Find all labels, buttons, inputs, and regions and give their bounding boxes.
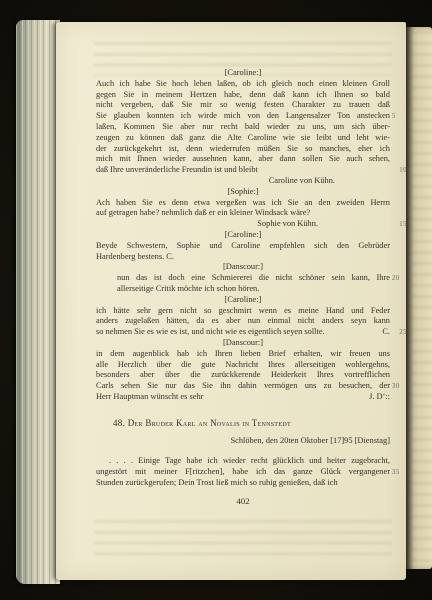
speaker-heading: [Danscour:] bbox=[96, 338, 390, 349]
signature-line: Caroline von Kühn. bbox=[96, 176, 390, 187]
margin-line-number: 15 bbox=[392, 220, 407, 229]
book-scan: [Caroline:]Auch ich habe Sie hoch leben … bbox=[0, 0, 432, 600]
speaker-heading: [Caroline:] bbox=[96, 68, 390, 79]
text-line: allerseitige Critik möchte ich schon hör… bbox=[96, 284, 390, 295]
text-line: in dem augenblick hab ich Ihren lieben B… bbox=[96, 349, 390, 360]
speaker-heading: [Caroline:] bbox=[96, 230, 390, 241]
text-line-right: J. D’:: bbox=[369, 392, 390, 403]
text-line: Hardenberg bestens. C. bbox=[96, 252, 390, 263]
text-line: ungestört mit meiner F[ritzchen], habe i… bbox=[96, 467, 390, 478]
signature-line: Sophie von Kühn.15 bbox=[96, 219, 390, 230]
text-line: alle Herzlich über die gute Nachricht Ih… bbox=[96, 360, 390, 371]
margin-line-number: 20 bbox=[392, 274, 407, 283]
speaker-heading: [Danscour:] bbox=[96, 262, 390, 273]
text-line: Auch ich habe Sie hoch leben laßen, ob i… bbox=[96, 79, 390, 90]
text-line-right: C. bbox=[382, 327, 390, 338]
text-line: anders zugelaßen hätten, da es aber nun … bbox=[96, 316, 390, 327]
text-line-left: so nehmen Sie es wie es ist, und nicht w… bbox=[96, 327, 325, 338]
margin-line-number: 25 bbox=[392, 328, 407, 337]
text-line: Carls sehen Sie nur das Sie ihn dahin ve… bbox=[96, 381, 390, 392]
text-line: . . . . Einige Tage habe ich wieder rech… bbox=[96, 456, 390, 467]
margin-line-number: 35 bbox=[392, 468, 407, 477]
text-block: [Caroline:]Auch ich habe Sie hoch leben … bbox=[96, 68, 390, 506]
lines-container: [Caroline:]Auch ich habe Sie hoch leben … bbox=[96, 68, 390, 489]
text-line: nicht vergeben, daß Sie mir so wenig fes… bbox=[96, 100, 390, 111]
text-line: laßen, Kommen Sie aber nur recht bald wi… bbox=[96, 122, 390, 133]
text-line: Herr Hauptman wünscht es sehrJ. D’:: bbox=[96, 392, 390, 403]
text-line: besonders aber über die zurückkerende He… bbox=[96, 370, 390, 381]
text-line: zeugen zu können daß ganz die Alte Carol… bbox=[96, 133, 390, 144]
text-line: mich mit Ihnen wieder aussehnen kann, ab… bbox=[96, 154, 390, 165]
text-line: Sie glauben konnten ich wirde mich von d… bbox=[96, 111, 390, 122]
margin-line-number: 30 bbox=[392, 382, 407, 391]
text-line-left: Herr Hauptman wünscht es sehr bbox=[96, 392, 203, 403]
page-number: 402 bbox=[96, 496, 390, 507]
text-line: Ach haben Sie es denn etwa vergeßen was … bbox=[96, 198, 390, 209]
speaker-heading: [Caroline:] bbox=[96, 295, 390, 306]
text-line: ich hätte sehr gern nicht so geschmirt w… bbox=[96, 306, 390, 317]
text-line: nun das ist doch eine Schmiererei die ni… bbox=[96, 273, 390, 284]
dateline: Schlöben, den 20ten Oktober [17]95 [Dien… bbox=[96, 436, 390, 447]
margin-line-number: 10 bbox=[392, 166, 407, 175]
next-page-edge bbox=[405, 27, 432, 569]
text-line: daß Ihre unveränderliche Freundin ist un… bbox=[96, 165, 390, 176]
text-line: auf getragen habe? nehmlich daß er ein k… bbox=[96, 208, 390, 219]
page-showthrough bbox=[94, 520, 392, 562]
text-line: der zurückgekehrt ist, denn wiederrufen … bbox=[96, 144, 390, 155]
book-page-edges bbox=[16, 20, 60, 584]
text-line: Stunden zurückgerufen; Dein Trost ließ m… bbox=[96, 478, 390, 489]
margin-line-number: 5 bbox=[392, 112, 407, 121]
letter-heading: 48. Der Bruder Karl an Novalis in Tennst… bbox=[96, 418, 390, 429]
speaker-heading: [Sophie:] bbox=[96, 187, 390, 198]
text-line: Beyde Schwestern, Sophie und Caroline em… bbox=[96, 241, 390, 252]
text-line: so nehmen Sie es wie es ist, und nicht w… bbox=[96, 327, 390, 338]
text-line: gegen Sie in meinem Hertzen habe, denn d… bbox=[96, 90, 390, 101]
book-page: [Caroline:]Auch ich habe Sie hoch leben … bbox=[56, 22, 406, 580]
